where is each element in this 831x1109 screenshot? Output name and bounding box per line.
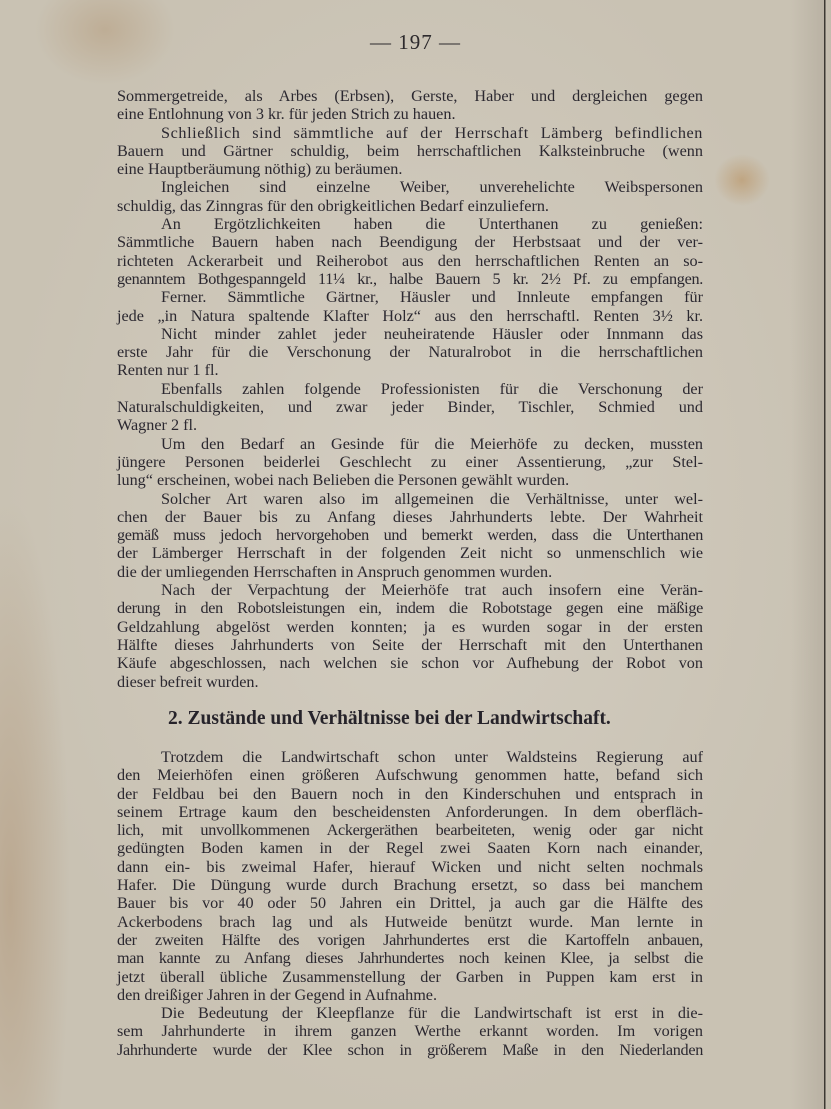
text-line: den Meierhöfen einen größeren Aufschwung… [117,766,703,784]
text-line: Bauern und Gärtner schuldig, beim herrsc… [117,142,703,160]
text-line: schuldig, das Zinngras für den obrigkeit… [117,197,703,215]
text-line: Sämmtliche Bauern haben nach Beendigung … [117,233,703,251]
text-line: man kannte zu Anfang dieses Jahrhunderte… [117,949,703,967]
text-line: lung“ erscheinen, wobei nach Belieben di… [117,471,703,489]
page-number: — 197 — [0,30,831,55]
text-line: Sommergetreide, als Arbes (Erbsen), Gers… [117,87,703,105]
text-line: jede „in Natura spaltende Klafter Holz“ … [117,307,703,325]
text-line: Ackerbodens brach lag und als Hutweide b… [117,913,703,931]
text-line: Schließlich sind sämmtliche auf der Herr… [117,124,703,142]
text-line: der Feldbau bei den Bauern noch in den K… [117,785,703,803]
text-line: derung in den Robotsleistungen ein, inde… [117,599,703,617]
text-line: jüngere Personen beiderlei Geschlecht zu… [117,453,703,471]
text-line: der Lämberger Herrschaft in der folgende… [117,544,703,562]
text-line: der zweiten Hälfte des vorigen Jahrhunde… [117,931,703,949]
text-line: Käufe abgeschlossen, nach welchen sie sc… [117,654,703,672]
text-line: Um den Bedarf an Gesinde für die Meierhö… [117,435,703,453]
text-line: genanntem Bothgespanngeld 11¼ kr., halbe… [117,270,703,288]
text-line: erste Jahr für die Verschonung der Natur… [117,343,703,361]
text-line: jetzt überall übliche Zusammenstellung d… [117,968,703,986]
page-edge [824,0,831,1109]
text-line: sem Jahrhunderte in ihrem ganzen Werthe … [117,1022,703,1040]
section-1-body: Sommergetreide, als Arbes (Erbsen), Gers… [117,87,703,691]
text-line: chen der Bauer bis zu Anfang dieses Jahr… [117,508,703,526]
text-line: Nicht minder zahlet jeder neuheiratende … [117,325,703,343]
text-line: Ingleichen sind einzelne Weiber, unvereh… [117,178,703,196]
text-line: Hälfte dieses Jahrhunderts von Seite der… [117,636,703,654]
text-line: eine Entlohnung von 3 kr. für jeden Stri… [117,105,703,123]
text-line: richteten Ackerarbeit und Reiherobot aus… [117,252,703,270]
text-line: die der umliegenden Herrschaften in Ansp… [117,563,703,581]
text-line: Renten nur 1 fl. [117,361,703,379]
text-line: den dreißiger Jahren in der Gegend in Au… [117,986,703,1004]
text-line: An Ergötzlichkeiten haben die Unterthane… [117,215,703,233]
text-line: Trotzdem die Landwirtschaft schon unter … [117,748,703,766]
text-line: Jahrhunderte wurde der Klee schon in grö… [117,1041,703,1059]
text-line: Ebenfalls zahlen folgende Professioniste… [117,380,703,398]
text-line: gemäß muss jedoch hervorgehoben und beme… [117,526,703,544]
text-line: lich, mit unvollkommenen Ackergeräthen b… [117,821,703,839]
text-line: gedüngten Boden kamen in der Regel zwei … [117,839,703,857]
text-line: Nach der Verpachtung der Meierhöfe trat … [117,581,703,599]
text-line: dann ein- bis zweimal Hafer, hierauf Wic… [117,858,703,876]
section-heading: 2. Zustände und Verhältnisse bei der Lan… [168,708,668,730]
text-line: Solcher Art waren also im allgemeinen di… [117,490,703,508]
text-line: eine Hauptberäumung nöthig) zu beräumen. [117,160,703,178]
text-line: Geldzahlung abgelöst werden konnten; ja … [117,618,703,636]
text-line: Bauer bis vor 40 oder 50 Jahren ein Drit… [117,894,703,912]
text-line: seinem Ertrage kaum den bescheidensten A… [117,803,703,821]
page-edge-shadow [790,0,824,1109]
section-2-body: Trotzdem die Landwirtschaft schon unter … [117,748,703,1059]
text-line: Naturalschuldigkeiten, und zwar jeder Bi… [117,398,703,416]
text-line: dieser befreit wurden. [117,673,703,691]
text-line: Wagner 2 fl. [117,416,703,434]
text-line: Ferner. Sämmtliche Gärtner, Häusler und … [117,288,703,306]
text-line: Hafer. Die Düngung wurde durch Brachung … [117,876,703,894]
text-line: Die Bedeutung der Kleepflanze für die La… [117,1004,703,1022]
